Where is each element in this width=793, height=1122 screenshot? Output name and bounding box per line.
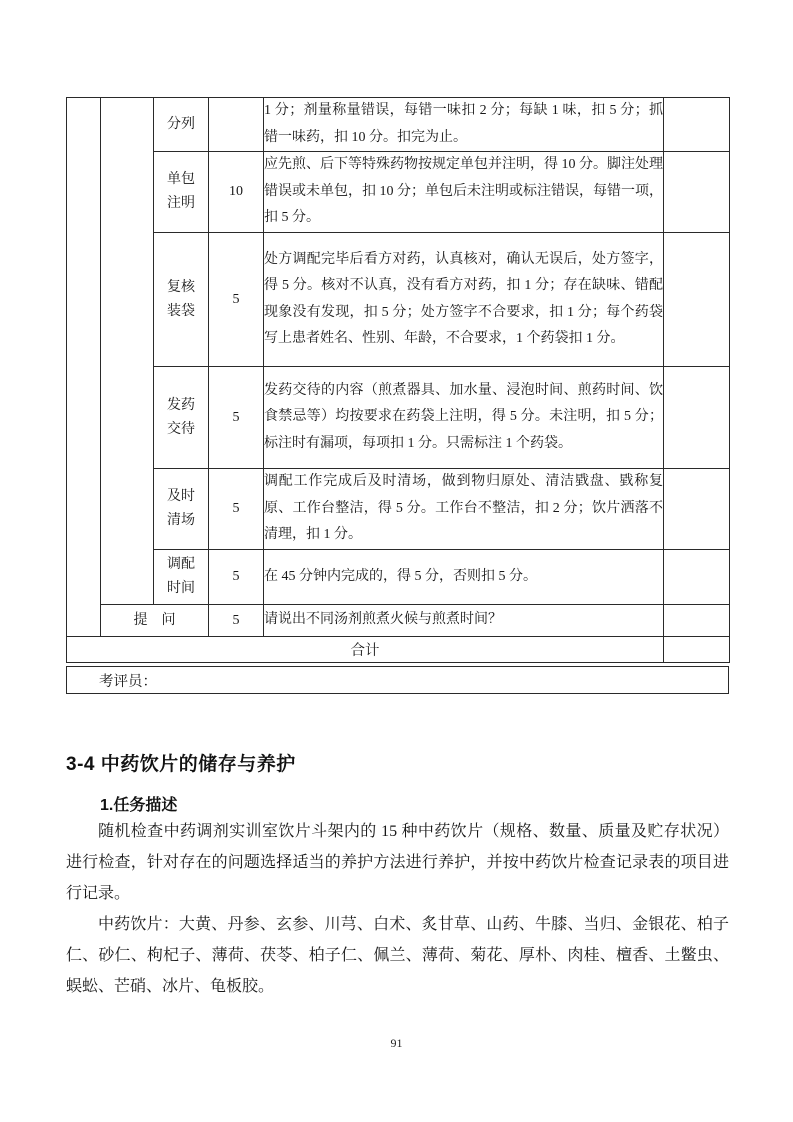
grade-cell xyxy=(664,367,730,469)
score-cell: 5 xyxy=(209,233,264,367)
item-cell: 及时 清场 xyxy=(154,469,209,550)
merged-left-cell xyxy=(67,98,101,637)
table-row: 复核 装袋 5 处方调配完毕后看方对药，认真核对，确认无误后，处方签字，得 5 … xyxy=(67,233,730,367)
question-row: 提 问 5 请说出不同汤剂煎煮火候与煎煮时间？ xyxy=(67,605,730,637)
score-cell: 5 xyxy=(209,469,264,550)
task-description-paragraph: 随机检查中药调剂实训室饮片斗架内的 15 种中药饮片（规格、数量、质量及贮存状况… xyxy=(66,816,729,909)
grade-cell xyxy=(664,233,730,367)
item-cell: 分列 xyxy=(154,98,209,152)
examiner-table: 考评员： xyxy=(66,666,729,694)
table-row: 分列 1 分；剂量称量错误，每错一味扣 2 分；每缺 1 味，扣 5 分；抓错一… xyxy=(67,98,730,152)
criteria-cell: 发药交待的内容（煎煮器具、加水量、浸泡时间、煎药时间、饮食禁忌等）均按要求在药袋… xyxy=(264,367,664,469)
total-label-cell: 合计 xyxy=(67,637,664,663)
section-subheading: 1.任务描述 xyxy=(100,792,177,815)
criteria-cell: 应先煎、后下等特殊药物按规定单包并注明，得 10 分。脚注处理错误或未单包，扣 … xyxy=(264,152,664,233)
assessment-table-wrapper: 分列 1 分；剂量称量错误，每错一味扣 2 分；每缺 1 味，扣 5 分；抓错一… xyxy=(66,97,729,694)
criteria-cell: 调配工作完成后及时清场，做到物归原处、清洁戥盘、戥称复原、工作台整洁，得 5 分… xyxy=(264,469,664,550)
total-grade-cell xyxy=(664,637,730,663)
score-cell: 5 xyxy=(209,550,264,605)
table-row: 及时 清场 5 调配工作完成后及时清场，做到物归原处、清洁戥盘、戥称复原、工作台… xyxy=(67,469,730,550)
criteria-cell: 在 45 分钟内完成的，得 5 分，否则扣 5 分。 xyxy=(264,550,664,605)
score-cell: 5 xyxy=(209,367,264,469)
merged-category-cell xyxy=(101,98,154,605)
item-cell: 调配 时间 xyxy=(154,550,209,605)
table-row: 发药 交待 5 发药交待的内容（煎煮器具、加水量、浸泡时间、煎药时间、饮食禁忌等… xyxy=(67,367,730,469)
document-page: 分列 1 分；剂量称量错误，每错一味扣 2 分；每缺 1 味，扣 5 分；抓错一… xyxy=(0,0,793,1122)
examiner-row: 考评员： xyxy=(67,667,729,694)
criteria-cell: 1 分；剂量称量错误，每错一味扣 2 分；每缺 1 味，扣 5 分；抓错一味药，… xyxy=(264,98,664,152)
grade-cell xyxy=(664,152,730,233)
page-number: 91 xyxy=(0,1036,793,1051)
herb-list-paragraph: 中药饮片：大黄、丹参、玄参、川芎、白术、炙甘草、山药、牛膝、当归、金银花、柏子仁… xyxy=(66,909,729,1002)
examiner-label-cell: 考评员： xyxy=(67,667,729,694)
grade-cell xyxy=(664,98,730,152)
criteria-cell: 处方调配完毕后看方对药，认真核对，确认无误后，处方签字，得 5 分。核对不认真，… xyxy=(264,233,664,367)
section-heading: 3-4 中药饮片的储存与养护 xyxy=(66,749,296,776)
criteria-cell: 请说出不同汤剂煎煮火候与煎煮时间？ xyxy=(264,605,664,637)
item-cell: 单包 注明 xyxy=(154,152,209,233)
grade-cell xyxy=(664,550,730,605)
question-label-cell: 提 问 xyxy=(101,605,209,637)
grade-cell xyxy=(664,469,730,550)
section-body: 随机检查中药调剂实训室饮片斗架内的 15 种中药饮片（规格、数量、质量及贮存状况… xyxy=(66,816,729,1002)
score-cell: 10 xyxy=(209,152,264,233)
item-cell: 复核 装袋 xyxy=(154,233,209,367)
grade-cell xyxy=(664,605,730,637)
table-row: 单包 注明 10 应先煎、后下等特殊药物按规定单包并注明，得 10 分。脚注处理… xyxy=(67,152,730,233)
assessment-score-table: 分列 1 分；剂量称量错误，每错一味扣 2 分；每缺 1 味，扣 5 分；抓错一… xyxy=(66,97,730,663)
table-row: 调配 时间 5 在 45 分钟内完成的，得 5 分，否则扣 5 分。 xyxy=(67,550,730,605)
score-cell xyxy=(209,98,264,152)
score-cell: 5 xyxy=(209,605,264,637)
item-cell: 发药 交待 xyxy=(154,367,209,469)
total-row: 合计 xyxy=(67,637,730,663)
